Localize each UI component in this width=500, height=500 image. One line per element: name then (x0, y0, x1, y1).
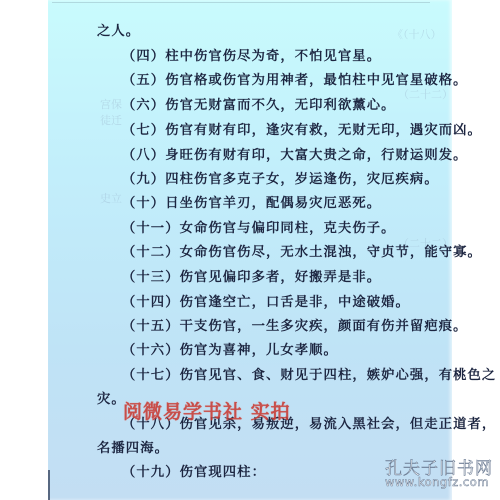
bleed-through-text: 徒迁 (100, 112, 122, 128)
text-line: 灾。 (97, 388, 126, 407)
text-line: 之人。 (97, 20, 140, 39)
text-line: （六）伤官无财富而不久，无印利欲薰心。 (122, 94, 396, 113)
text-line: （九）四柱伤官多克子女，岁运逢伤，灾厄疾病。 (122, 168, 439, 187)
text-line: （八）身旺伤有财有印，大富大贵之命，行财运则发。 (122, 144, 468, 163)
text-line: （十）日坐伤官羊刃，配偶易灾厄恶死。 (122, 192, 381, 211)
bleed-through-text: 《（十八） (392, 26, 442, 42)
text-line: （十三）伤官见偏印多者，好搬弄是非。 (122, 266, 381, 285)
kongfz-url-watermark: www.kongfz.com (385, 475, 489, 489)
text-line: （四）柱中伤官伤尽为奇，不怕见官星。 (122, 45, 381, 64)
page-edge-shadow (48, 470, 50, 500)
text-line: 名播四海。 (97, 437, 169, 456)
bleed-through-text: 史立 (100, 190, 122, 206)
bleed-through-text: （二十二） (398, 86, 453, 102)
text-line: （十七）伤官见官、食、财见于四柱，嫉妒心强，有桃色之 (122, 364, 496, 383)
text-line: （十九）伤官现四柱： (122, 461, 266, 480)
bleed-through-text: 宫保 (100, 96, 122, 112)
text-line: （十六）伤官为喜神，儿女孝顺。 (122, 339, 338, 358)
text-line: （十四）伤官逢空亡，口舌是非，中途破婚。 (122, 291, 410, 310)
text-line: （十一）女命伤官与偏印同柱，克夫伤子。 (122, 217, 396, 236)
text-line: （十五）干支伤官，一生多灾疾，颜面有伤并留疤痕。 (122, 315, 468, 334)
text-line: （五）伤官格或伤官为用神者，最怕柱中见官星破格。 (122, 69, 468, 88)
text-line: （七）伤官有财有印，逢灾有救，无财无印，遇灾而凶。 (122, 119, 482, 138)
shop-watermark: 阅微易学书社 实拍 (123, 397, 291, 424)
text-line: （十二）女命伤官伤尽，无水土混浊，守贞节，能守寡。 (122, 241, 482, 260)
page-top-rule (52, 2, 430, 3)
